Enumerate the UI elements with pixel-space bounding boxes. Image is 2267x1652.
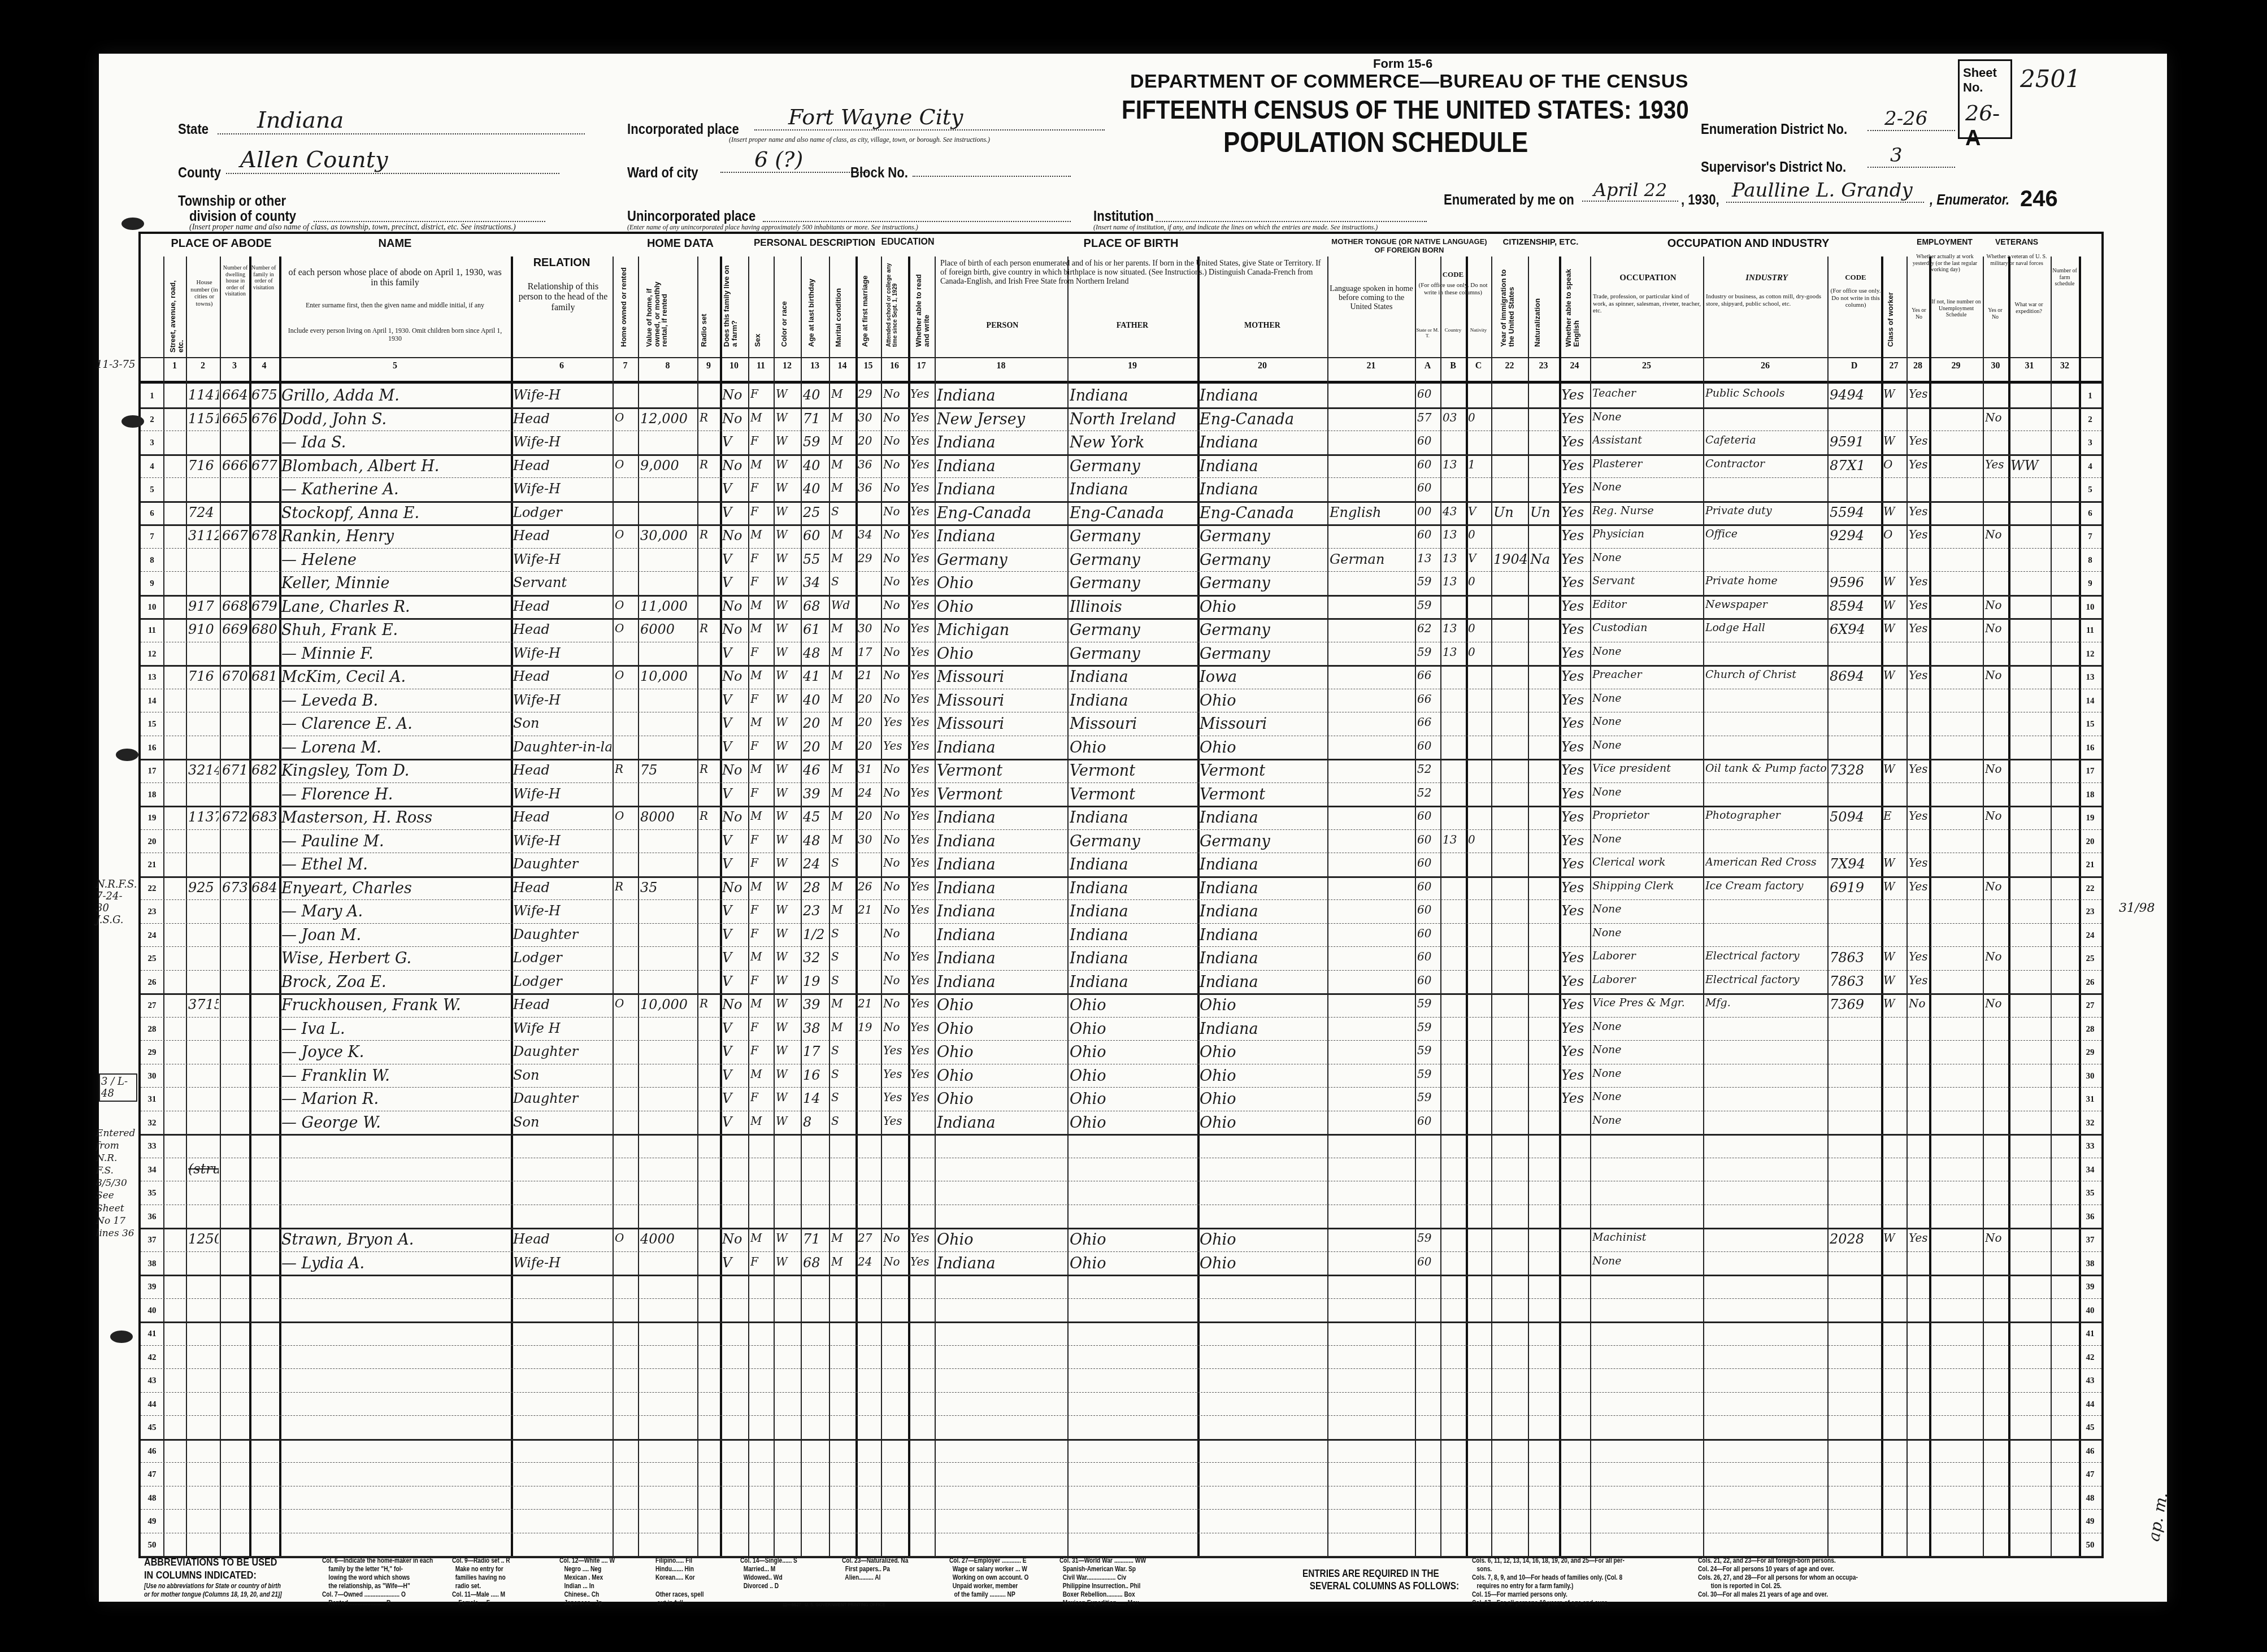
column-number: 5 [279,361,511,371]
cell-at-work: No [1909,997,1928,1010]
cell-codeD: 6X94 [1830,621,1880,637]
cell-relation: Wife-H [513,692,611,708]
cell-house: 716 [188,668,219,684]
cell-english: Yes [1561,505,1589,520]
column-number: 29 [1929,361,1983,371]
cell-codeD: 9591 [1830,434,1880,450]
cell-radio: R [700,809,719,823]
cell-vet: No [1985,1231,2007,1245]
line-number: 37 [141,1236,163,1245]
cell-pob-mother: Indiana [1200,950,1326,967]
line-number: 36 [141,1212,163,1222]
cell-dwelling: 667 [222,528,248,544]
cell-at-work: Yes [1909,458,1928,471]
cell-pob-father: Missouri [1070,715,1196,733]
cell-read: Yes [910,715,933,729]
cell-sex: M [750,950,772,963]
line-number: 38 [141,1259,163,1269]
ward-label: Ward of city [627,164,698,181]
cell-farm: V [722,903,747,919]
cell-age: 40 [803,481,828,497]
cell-pob-mother: Ohio [1200,1231,1326,1249]
line-number: 30 [141,1072,163,1081]
cell-occupation: Clerical work [1592,856,1702,868]
line-number: 1 [141,392,163,401]
cell-owned: O [615,598,637,612]
cell-codeA: 60 [1417,856,1439,870]
header-occupation: Trade, profession, or particular kind of… [1593,293,1703,315]
cell-sex: M [750,1114,772,1128]
cell-codeA: 60 [1417,528,1439,541]
cell-relation: Head [513,411,611,427]
cell-codeA: 13 [1417,551,1439,565]
cell-farm: V [722,1020,747,1036]
group-name: NAME [279,237,511,250]
line-number: 41 [141,1329,163,1339]
cell-owned: O [615,621,637,635]
cell-class: W [1883,598,1905,612]
cell-house: 724 [188,505,219,520]
cell-school: Yes [883,1067,907,1081]
cell-school: No [883,434,907,447]
cell-race: W [776,1090,800,1104]
table-row: 11910669680Shuh, Frank E.HeadO6000RNoMW6… [141,618,2101,642]
cell-age: 60 [803,528,828,544]
cell-pob-father: Germany [1070,575,1196,592]
cell-farm: V [722,856,747,872]
line-number: 7 [2079,532,2101,542]
cell-name: — Leveda B. [281,692,510,710]
cell-sex: F [750,481,772,494]
cell-name: — Mary A. [281,903,510,920]
cell-owned: O [615,809,637,823]
header-home-value: Value of home, if owned, or monthly rent… [645,262,668,347]
cell-pob-father: Vermont [1070,786,1196,803]
cell-farm: V [722,1044,747,1059]
cell-codeD: 9596 [1830,575,1880,590]
line-number: 45 [2079,1423,2101,1433]
cell-codeA: 60 [1417,739,1439,753]
cell-school: No [883,997,907,1010]
cell-read: Yes [910,621,933,635]
cell-relation: Head [513,621,611,637]
cell-age: 28 [803,880,828,895]
cell-family: 683 [251,809,278,825]
township-label-2: division of county [189,207,296,225]
cell-pob: Indiana [937,739,1066,757]
column-number: 25 [1590,361,1703,371]
cell-occupation: None [1592,833,1702,845]
cell-english: Yes [1561,621,1589,637]
cell-house: 1151 [188,411,219,427]
column-number: 23 [1528,361,1559,371]
line-number: 16 [141,744,163,753]
cell-industry: Cafeteria [1705,434,1826,446]
cell-farm: V [722,927,747,942]
cell-age-marr: 20 [858,809,880,823]
cell-age-marr: 30 [858,833,880,846]
cell-farm: No [722,387,747,403]
header-read-write: Whether able to read and write [915,262,930,347]
cell-industry: Photographer [1705,809,1826,821]
cell-pob: Ohio [937,598,1066,616]
cell-read: Yes [910,997,933,1010]
cell-read: Yes [910,528,933,541]
cell-name: Strawn, Bryon A. [281,1231,510,1249]
cell-codeA: 60 [1417,903,1439,916]
incorporated-place-label: Incorporated place [627,120,739,138]
cell-english: Yes [1561,551,1589,567]
line-number: 33 [141,1142,163,1151]
enumeration-district-label: Enumeration District No. [1701,120,1847,138]
line-number: 8 [141,556,163,566]
cell-farm: V [722,786,747,802]
header-industry: Industry or business, as cotton mill, dr… [1706,293,1827,307]
cell-pob-father: Ohio [1070,739,1196,757]
cell-age: 1/2 [803,927,828,942]
cell-farm: No [722,997,747,1012]
cell-codeD: 5094 [1830,809,1880,825]
cell-age-marr: 21 [858,668,880,682]
cell-codeC: 0 [1468,528,1490,541]
table-row: 4040 [141,1298,2101,1324]
cell-occupation: None [1592,903,1702,915]
line-number: 11 [2079,626,2101,636]
table-row: 13716670681McKim, Cecil A.HeadO10,000NoM… [141,665,2101,689]
cell-class: W [1883,505,1905,518]
cell-class: W [1883,973,1905,987]
cell-pob-father: Indiana [1070,809,1196,827]
cell-at-work: Yes [1909,950,1928,963]
cell-codeC: 0 [1468,621,1490,635]
cell-at-work: Yes [1909,621,1928,635]
cell-vet: No [1985,809,2007,823]
table-row: 4949 [141,1509,2101,1533]
cell-school: No [883,458,907,471]
cell-codeD: 5594 [1830,505,1880,520]
cell-age-marr: 21 [858,903,880,916]
cell-name: — Marion R. [281,1090,510,1108]
cell-pob: Missouri [937,692,1066,710]
abbrev-col27: Col. 27—Employer ............ E Wage or … [949,1557,1028,1599]
cell-age: 20 [803,715,828,731]
cell-english: Yes [1561,1090,1589,1106]
cell-marital: M [831,692,854,706]
entries-required-1: Cols. 6, 11, 12, 13, 14, 16, 18, 19, 20,… [1472,1557,1625,1607]
cell-age: 40 [803,692,828,708]
cell-name: Enyeart, Charles [281,880,510,897]
column-number: 22 [1491,361,1528,371]
cell-at-work: Yes [1909,973,1928,987]
table-row: 173214671682Kingsley, Tom D.HeadR75RNoMW… [141,759,2101,783]
line-number: 21 [2079,860,2101,870]
cell-dwelling: 666 [222,458,248,473]
cell-relation: Daughter [513,1090,611,1106]
group-citizenship: CITIZENSHIP, ETC. [1491,237,1590,247]
township-value [314,206,545,222]
column-number: 3 [220,361,249,371]
cell-read: Yes [910,387,933,401]
cell-marital: S [831,1114,854,1128]
cell-pob-mother: Eng-Canada [1200,505,1326,522]
cell-pob-father: Germany [1070,528,1196,545]
line-number: 50 [141,1541,163,1550]
cell-age: 48 [803,833,828,849]
cell-pob: Indiana [937,528,1066,545]
cell-relation: Wife-H [513,434,611,450]
cell-owned: O [615,528,637,541]
table-row: 4716666677Blombach, Albert H.HeadO9,000R… [141,454,2101,479]
cell-name: — Lorena M. [281,739,510,757]
line-number: 4 [2079,462,2101,472]
cell-race: W [776,739,800,753]
cell-house: 917 [188,598,219,614]
cell-age-marr: 30 [858,621,880,635]
cell-value: 12,000 [640,411,696,427]
cell-sex: M [750,762,772,776]
group-veterans: VETERANS [1983,237,2051,246]
cell-farm: V [722,1114,747,1130]
cell-family: 678 [251,528,278,544]
cell-family: 681 [251,668,278,684]
line-number: 10 [141,603,163,612]
cell-school: No [883,786,907,799]
cell-codeB: 13 [1443,528,1465,541]
table-header: PLACE OF ABODE NAME RELATION HOME DATA P… [141,234,2101,384]
cell-house: 3715 [188,997,219,1012]
enumerator-suffix: , Enumerator. [1930,191,2009,208]
cell-english: Yes [1561,1044,1589,1059]
cell-occupation: Reg. Nurse [1592,505,1702,517]
cell-school: No [883,387,907,401]
cell-pob: Indiana [937,387,1066,405]
print-code: 11—6627 U. S. GOVERNMENT PRINTING OFFICE [783,1602,885,1608]
cell-at-work: Yes [1909,387,1928,401]
cell-pob-father: Indiana [1070,903,1196,920]
cell-codeA: 60 [1417,434,1439,447]
line-number: 9 [2079,579,2101,589]
header-family: Number of family in order of visitation [251,265,276,291]
cell-value: 11,000 [640,598,696,614]
cell-read: Yes [910,950,933,963]
cell-english: Yes [1561,715,1589,731]
cell-school: Yes [883,1044,907,1057]
cell-age: 55 [803,551,828,567]
margin-note-nrfs: N.R.F.S. 7-24-30 J.S.G. [96,879,130,926]
block-label: Block No. [850,164,908,181]
header-language: Language spoken in home before coming to… [1329,285,1414,312]
line-number: 13 [141,673,163,682]
cell-sex: F [750,1090,772,1104]
cell-sex: M [750,1231,772,1245]
header-owned-rented: Home owned or rented [620,262,628,347]
cell-farm: No [722,668,747,684]
group-place-of-birth: PLACE OF BIRTH [935,237,1327,250]
cell-sex: F [750,927,772,940]
cell-sex: F [750,1044,772,1057]
cell-industry: Electrical factory [1705,950,1826,962]
cell-name: Kingsley, Tom D. [281,762,510,780]
cell-pob: Ohio [937,1044,1066,1061]
cell-relation: Son [513,715,611,731]
cell-marital: M [831,880,854,893]
table-row: 191137672683Masterson, H. RossHeadO8000R… [141,806,2101,830]
cell-vet: No [1985,997,2007,1010]
cell-marital: M [831,411,854,424]
column-number: 11 [748,361,774,371]
cell-marital: S [831,1090,854,1104]
cell-codeB: 13 [1443,621,1465,635]
cell-age-marr: 27 [858,1231,880,1245]
cell-name: Grillo, Adda M. [281,387,510,405]
line-number: 13 [2079,673,2101,682]
cell-relation: Wife-H [513,786,611,802]
cell-marital: S [831,1067,854,1081]
cell-pob: Indiana [937,973,1066,991]
cell-codeA: 66 [1417,668,1439,682]
cell-marital: M [831,668,854,682]
cell-pob-mother: Vermont [1200,762,1326,780]
cell-sex: F [750,434,772,447]
cell-vet: No [1985,668,2007,682]
cell-codeC: V [1468,551,1490,565]
cell-industry: Newspaper [1705,598,1826,611]
cell-farm: V [722,739,747,755]
line-number: 9 [141,579,163,589]
table-row: 16— Lorena M.Daughter-in-lawVFW20M20YesY… [141,736,2101,761]
cell-farm: V [722,692,747,708]
cell-pob-mother: Iowa [1200,668,1326,686]
cell-pob-mother: Ohio [1200,1114,1326,1132]
line-number: 15 [141,720,163,729]
cell-sex: F [750,645,772,659]
cell-english: Yes [1561,645,1589,661]
cell-farm: V [722,973,747,989]
institution-value [1156,206,1427,222]
cell-sex: M [750,528,772,541]
table-row: 4848 [141,1486,2101,1510]
cell-relation: Wife-H [513,387,611,403]
cell-pob: Ohio [937,997,1066,1014]
cell-sex: F [750,505,772,518]
cell-pob: Indiana [937,950,1066,967]
cell-age-marr: 36 [858,458,880,471]
cell-race: W [776,481,800,494]
column-number: 15 [855,361,881,371]
cell-read: Yes [910,739,933,753]
cell-age: 45 [803,809,828,825]
cell-marital: M [831,903,854,916]
cell-occupation: Servant [1592,575,1702,587]
cell-pob-mother: Indiana [1200,458,1326,475]
cell-read: Yes [910,645,933,659]
column-number: 1 [163,361,186,371]
cell-age-marr: 24 [858,786,880,799]
header-english: Whether able to speak English [1565,262,1580,347]
cell-occupation: Plasterer [1592,458,1702,470]
column-number: 28 [1906,361,1929,371]
cell-relation: Daughter-in-law [513,739,611,755]
line-number: 38 [2079,1259,2101,1269]
schedule-title: POPULATION SCHEDULE [1223,126,1528,159]
cell-name: — Clarence E. A. [281,715,510,733]
cell-value: 30,000 [640,528,696,544]
column-number: C [1466,361,1491,371]
cell-pob-father: Ohio [1070,1044,1196,1061]
table-row: 4646 [141,1439,2101,1463]
cell-pob-mother: Indiana [1200,856,1326,873]
cell-vet: Yes [1985,458,2007,471]
line-number: 47 [141,1470,163,1480]
cell-house: 716 [188,458,219,473]
cell-radio: R [700,997,719,1010]
cell-class: W [1883,621,1905,635]
cell-occupation: Vice Pres & Mgr. [1592,997,1702,1009]
cell-name: Fruckhousen, Frank W. [281,997,510,1014]
cell-industry: Office [1705,528,1826,540]
entries-title: ENTRIES ARE REQUIRED IN THE SEVERAL COLU… [1302,1568,1459,1592]
line-number: 2 [2079,415,2101,425]
table-row: 4242 [141,1345,2101,1370]
line-number: 49 [2079,1517,2101,1527]
cell-occupation: None [1592,1090,1702,1103]
cell-owned: R [615,762,637,776]
column-number: 2 [186,361,220,371]
table-row: 32— George W.SonVMW8SYesIndianaOhioOhio6… [141,1111,2101,1136]
line-number: 12 [2079,650,2101,659]
cell-name: McKim, Cecil A. [281,668,510,686]
line-number: 5 [141,485,163,495]
cell-pob-mother: Ohio [1200,1044,1326,1061]
table-row: 14— Leveda B.Wife-HVFW40M20NoYesMissouri… [141,689,2101,713]
table-row: 12— Minnie F.Wife-HVFW48M17NoYesOhioGerm… [141,642,2101,667]
cell-house: (struck) [188,1161,219,1177]
cell-codeB: 13 [1443,833,1465,846]
cell-age: 32 [803,950,828,966]
cell-name: Stockopf, Anna E. [281,505,510,522]
table-row: 29— Joyce K.DaughterVFW17SYesYesOhioOhio… [141,1040,2101,1064]
cell-school: No [883,856,907,870]
header-code-a: State or M. T. [1415,327,1440,339]
cell-school: No [883,575,907,588]
table-row: 23— Mary A.Wife-HVFW23M21NoYesIndianaInd… [141,899,2101,924]
cell-relation: Wife-H [513,903,611,919]
table-row: 5— Katherine A.Wife-HVFW40M36NoYesIndian… [141,477,2101,503]
cell-occupation: Teacher [1592,387,1702,399]
column-number: 13 [801,361,829,371]
cell-read: Yes [910,833,933,846]
cell-house: 3214 [188,762,219,778]
margin-note-top: 11-3-75 [96,359,135,371]
line-number: 17 [141,767,163,776]
line-number: 40 [141,1306,163,1316]
header-street: Street, avenue, road, etc. [169,268,184,353]
cell-name: — Pauline M. [281,833,510,850]
cell-dwelling: 669 [222,621,248,637]
cell-school: No [883,645,907,659]
cell-english: Yes [1561,458,1589,473]
cell-codeC: V [1468,505,1490,518]
cell-farm: No [722,621,747,637]
cell-pob: Vermont [937,786,1066,803]
census-title: FIFTEENTH CENSUS OF THE UNITED STATES: 1… [1122,94,1689,125]
cell-read: Yes [910,880,933,893]
cell-farm: V [722,715,747,731]
cell-age: 14 [803,1090,828,1106]
cell-age: 17 [803,1044,828,1059]
cell-pob-father: Indiana [1070,880,1196,897]
block-value [913,161,1071,177]
